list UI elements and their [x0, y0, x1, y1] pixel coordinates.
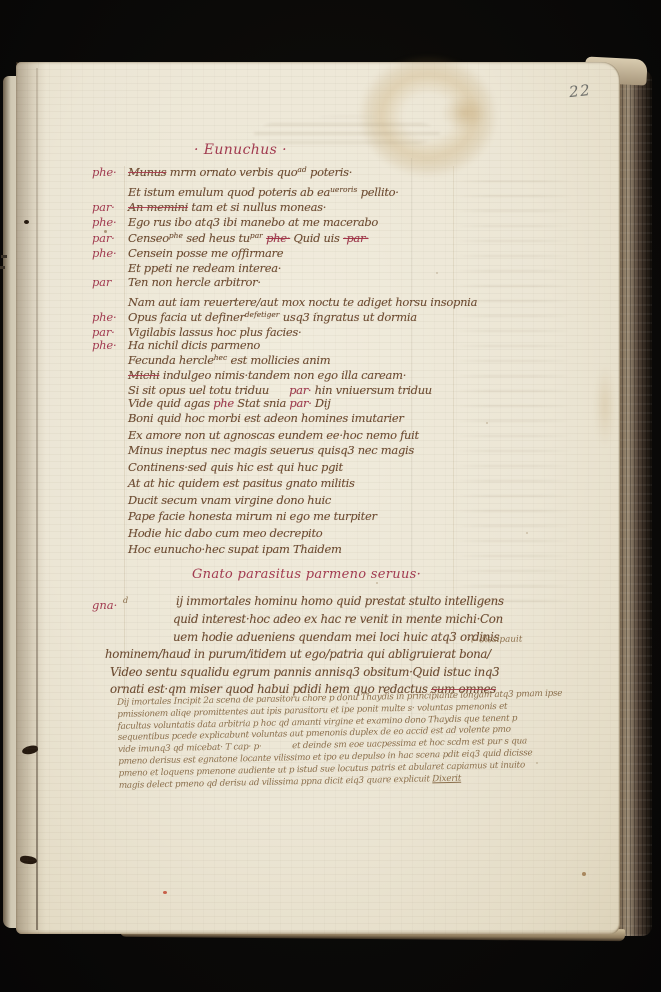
text-segment: Vigilabis lassus hoc plus facies·: [128, 325, 301, 339]
play-title: · Eunuchus ·: [194, 142, 287, 158]
ruling-line-left: [124, 166, 125, 698]
brown-spot: [582, 872, 586, 876]
verse-line: Nam aut iam reuertere/aut mox noctu te a…: [128, 295, 477, 309]
text-segment: Minus ineptus nec magis seuerus quisq3 n…: [128, 443, 414, 457]
paragraph-line: uem hodie adueniens quendam mei loci hui…: [173, 630, 499, 644]
text-segment-sup: phe: [169, 231, 183, 240]
margin-mark: [0, 266, 5, 269]
red-spot: [163, 891, 167, 894]
text-segment: Video sentu squalidu egrum pannis annisq…: [110, 665, 499, 679]
manuscript-page: 22 · Eunuchus · phe·Munus mrm ornato ver…: [16, 62, 620, 934]
verse-line: Pape facie honesta mirum ni ego me turpi…: [128, 509, 377, 523]
text-segment-redstrike: phe·: [266, 231, 290, 245]
stain: [593, 354, 617, 458]
verse-line: Censeophe sed heus tupar phe· Quid uis ·…: [128, 231, 369, 245]
speaker-label: phe·: [92, 310, 116, 324]
text-segment: Pape facie honesta mirum ni ego me turpi…: [128, 509, 377, 523]
text-segment: Ten non hercle arbitror·: [128, 275, 261, 289]
text-segment: Hoc eunucho·hec supat ipam Thaidem: [128, 542, 342, 556]
verse-line: Michi indulgeo nimis·tandem non ego illa…: [128, 368, 406, 382]
paper-speckles: [16, 62, 18, 64]
text-segment: Dij: [312, 396, 331, 410]
gloss-commentary-block: Dij imortales Incipit 2a scena de parasi…: [113, 682, 595, 804]
folio-number: 22: [568, 81, 592, 101]
text-segment: sed heus tu: [183, 231, 250, 245]
speaker-label: phe·: [92, 338, 116, 352]
text-segment: Quid uis: [290, 231, 343, 245]
verse-line: Ego rus ibo atq3 ibi manebo at me macera…: [128, 215, 378, 229]
text-segment: Opus facia ut definer: [128, 310, 245, 324]
text-segment: Stat snia: [234, 396, 290, 410]
text-segment: Censeo: [128, 231, 169, 245]
text-segment: indulgeo nimis·tandem non ego illa carea…: [159, 368, 406, 382]
speaker-label: par·: [92, 231, 115, 245]
gutter-shadow: [16, 62, 46, 934]
verse-line: Continens·sed quis hic est qui huc pgit: [128, 460, 343, 474]
ink-spot: [24, 220, 29, 224]
text-segment: Vide quid agas: [128, 396, 213, 410]
text-segment: hin vniuersum triduu: [311, 383, 432, 397]
text-segment: Hodie hic dabo cum meo decrepito: [128, 526, 322, 540]
text-segment: tam et si nullus moneas·: [188, 200, 326, 214]
text-segment: Et ppeti ne redeam interea·: [128, 261, 281, 275]
text-segment: Nam aut iam reuertere/aut mox noctu te a…: [128, 295, 477, 309]
text-segment-sup: par: [250, 231, 263, 240]
margin-mark: [1, 255, 7, 258]
text-segment: quid interest·hoc adeo ex hac re venit i…: [173, 612, 503, 626]
speaker-label: phe·: [92, 246, 116, 260]
speaker-label: par·: [92, 325, 115, 339]
verse-line: Ex amore non ut agnoscas eundem ee·hoc n…: [128, 428, 419, 442]
paragraph-line: ij immortales hominu homo quid prestat s…: [176, 594, 504, 608]
verse-line: Et ppeti ne redeam interea·: [128, 261, 281, 275]
text-segment: Et istum emulum quod poteris ab ea: [128, 185, 330, 199]
speaker-label: phe·: [92, 165, 116, 179]
paragraph-line: Video sentu squalidu egrum pannis annisq…: [110, 665, 499, 679]
text-segment: poteris·: [307, 165, 352, 179]
text-segment-u: Dixerit: [432, 774, 461, 785]
verse-line: Ten non hercle arbitror·: [128, 275, 261, 289]
text-segment: Si sit opus uel totu triduu: [128, 383, 289, 397]
verse-line: Ducit secum vnam virgine dono huic: [128, 493, 331, 507]
stain: [358, 54, 498, 178]
verse-line: Ha nichil dicis parmeno: [128, 338, 260, 352]
text-segment-red: par·: [289, 396, 311, 410]
text-segment-red: par·: [289, 383, 311, 397]
verse-line: At at hic quidem est pasitus gnato milit…: [128, 476, 355, 490]
verse-line: Minus ineptus nec magis seuerus quisq3 n…: [128, 443, 414, 457]
text-segment: usq3 ingratus ut dormia: [279, 310, 416, 324]
text-segment: Ex amore non ut agnoscas eundem ee·hoc n…: [128, 428, 419, 442]
text-segment: At at hic quidem est pasitus gnato milit…: [128, 476, 355, 490]
speaker-label: par: [92, 275, 111, 289]
verse-line: Hoc eunucho·hec supat ipam Thaidem: [128, 542, 342, 556]
text-segment: Censein posse me offirmare: [128, 246, 283, 260]
text-segment: est mollicies anim: [227, 353, 330, 367]
verse-line: An memini tam et si nullus moneas·: [128, 200, 326, 214]
verse-line: Et istum emulum quod poteris ab eauerori…: [128, 185, 399, 199]
text-segment: Ego rus ibo atq3 ibi manebo at me macera…: [128, 215, 378, 229]
verse-line: Si sit opus uel totu triduu par· hin vni…: [128, 383, 432, 397]
text-segment-sup: ueroris: [330, 185, 357, 194]
text-segment: Fecunda hercle: [128, 353, 214, 367]
marginal-note: ·i· dissipauit: [468, 635, 523, 646]
verse-line: Vigilabis lassus hoc plus facies·: [128, 325, 301, 339]
guide-letter: d: [123, 596, 128, 605]
text-segment: uem hodie adueniens quendam mei loci hui…: [173, 630, 499, 644]
text-segment-strike: Munus: [128, 165, 166, 179]
text-segment: Continens·sed quis hic est qui huc pgit: [128, 460, 343, 474]
show-through-text: [454, 180, 572, 610]
gutter-fold-line: [36, 68, 38, 930]
verse-line: Munus mrm ornato verbis quoad poteris·: [128, 165, 352, 179]
text-segment: mrm ornato verbis quo: [166, 165, 297, 179]
text-segment-sup: hec: [214, 353, 227, 362]
verse-line: Boni quid hoc morbi est adeon homines im…: [128, 411, 404, 425]
speaker-label-gnato: gna·: [92, 598, 117, 612]
scene-heading: Gnato parasitus parmeno seruus·: [192, 567, 421, 582]
verse-line: Vide quid agas phe Stat snia par· Dij: [128, 396, 330, 410]
text-segment: ij immortales hominu homo quid prestat s…: [176, 594, 504, 608]
text-segment: Boni quid hoc morbi est adeon homines im…: [128, 411, 404, 425]
speaker-label: par·: [92, 200, 115, 214]
text-segment: pellito·: [357, 185, 398, 199]
text-segment-strike: Michi: [128, 368, 159, 382]
text-segment-strike: An memini: [128, 200, 188, 214]
manuscript-photo: 22 · Eunuchus · phe·Munus mrm ornato ver…: [0, 0, 661, 992]
text-segment-red: phe: [213, 396, 234, 410]
paragraph-line: quid interest·hoc adeo ex hac re venit i…: [173, 612, 503, 626]
stain: [434, 90, 494, 136]
text-segment-sup: ad: [297, 165, 306, 174]
text-segment: hominem/haud in purum/itidem ut ego/patr…: [105, 647, 491, 661]
verse-line: Opus facia ut definerdefetiger usq3 ingr…: [128, 310, 417, 324]
speaker-label: phe·: [92, 215, 116, 229]
verse-line: Hodie hic dabo cum meo decrepito: [128, 526, 322, 540]
text-segment: Ducit secum vnam virgine dono huic: [128, 493, 331, 507]
text-segment: Ha nichil dicis parmeno: [128, 338, 260, 352]
paragraph-line: hominem/haud in purum/itidem ut ego/patr…: [105, 647, 491, 661]
text-segment-sup: defetiger: [245, 310, 280, 319]
verse-line: Censein posse me offirmare: [128, 246, 283, 260]
verse-line: Fecunda herclehec est mollicies anim: [128, 353, 330, 367]
text-segment-redstrike: ·par·: [343, 231, 369, 245]
